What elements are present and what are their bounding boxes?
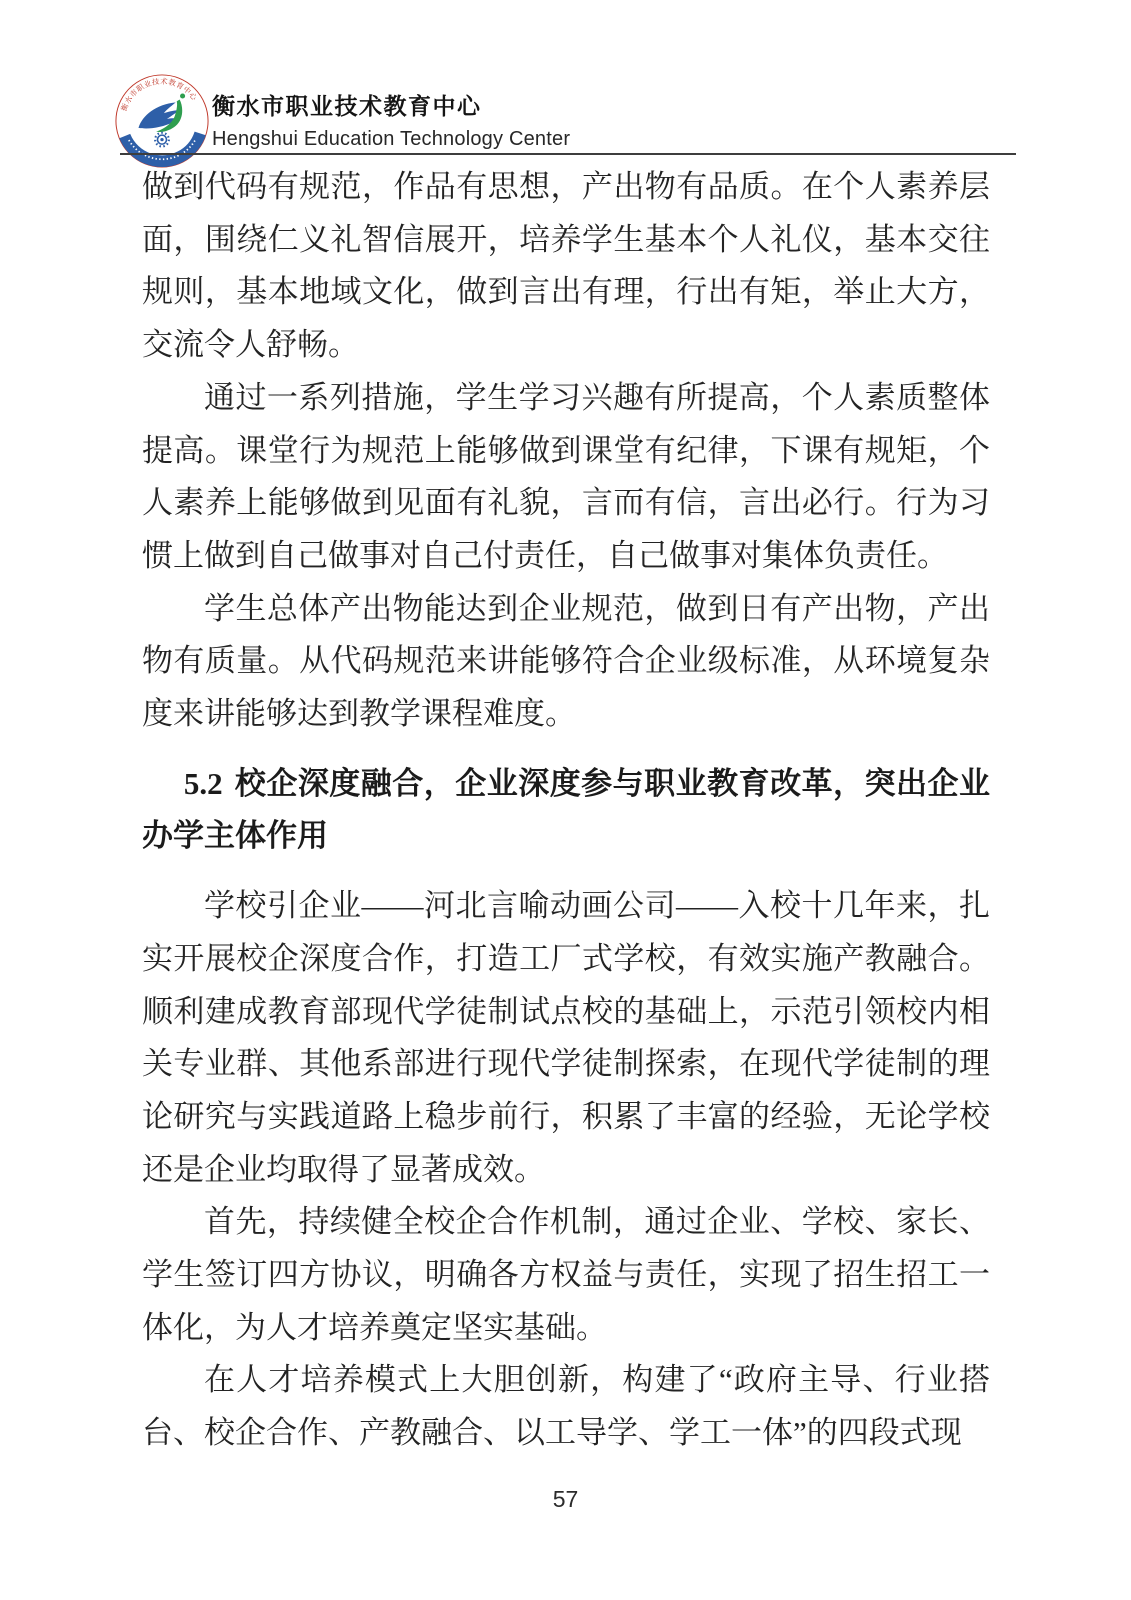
page-number: 57: [0, 1486, 1131, 1513]
header-divider: [120, 153, 1016, 155]
section-number: 5.2: [184, 766, 223, 801]
document-body: 做到代码有规范，作品有思想，产出物有品质。在个人素养层面，围绕仁义礼智信展开，培…: [142, 161, 990, 1460]
letterhead-titles: 衡水市职业技术教育中心 Hengshui Education Technolog…: [212, 88, 570, 151]
paragraph: 学生总体产出物能达到企业规范，做到日有产出物，产出物有质量。从代码规范来讲能够符…: [142, 583, 990, 741]
section-title: 校企深度融合，企业深度参与职业教育改革，突出企业办学主体作用: [142, 766, 990, 854]
document-page: 衡水市职业技术教育中心 衡水市职业技术教育中心 Hengshui Educati…: [0, 0, 1131, 1600]
org-name-en: Hengshui Education Technology Center: [212, 128, 570, 151]
school-logo-icon: 衡水市职业技术教育中心: [110, 72, 214, 170]
paragraph: 学校引企业——河北言喻动画公司——入校十几年来，扎实开展校企深度合作，打造工厂式…: [142, 880, 990, 1196]
paragraph: 首先，持续健全校企合作机制，通过企业、学校、家长、学生签订四方协议，明确各方权益…: [142, 1196, 990, 1354]
paragraph: 在人才培养模式上大胆创新，构建了“政府主导、行业搭台、校企合作、产教融合、以工导…: [142, 1354, 990, 1459]
paragraph: 做到代码有规范，作品有思想，产出物有品质。在个人素养层面，围绕仁义礼智信展开，培…: [142, 161, 990, 372]
section-heading: 5.2校企深度融合，企业深度参与职业教育改革，突出企业办学主体作用: [142, 758, 990, 863]
paragraph: 通过一系列措施，学生学习兴趣有所提高，个人素质整体提高。课堂行为规范上能够做到课…: [142, 372, 990, 583]
org-name-zh: 衡水市职业技术教育中心: [212, 88, 570, 121]
